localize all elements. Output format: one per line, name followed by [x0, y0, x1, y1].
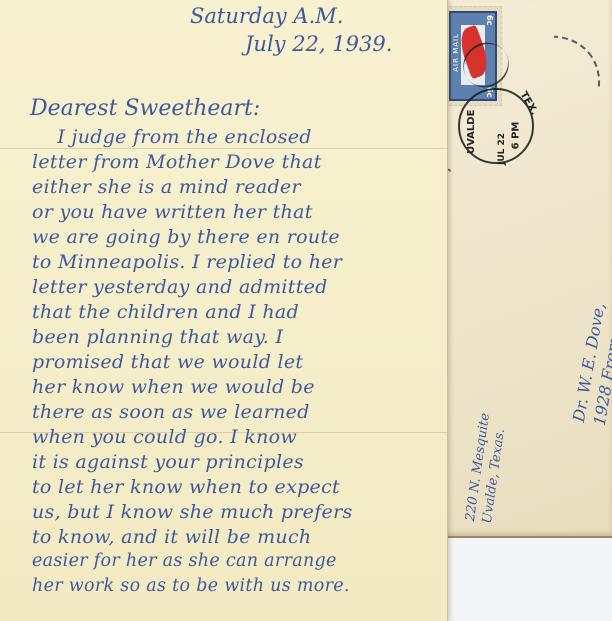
letter-line: easier for her as she can arrange — [32, 551, 337, 571]
letter-date: July 22, 1939. — [245, 32, 392, 56]
letter-line: either she is a mind reader — [32, 176, 301, 198]
letter-line: her know when we would be — [32, 376, 315, 398]
letter-line: to let her know when to expect — [32, 476, 340, 498]
envelope: AIR MAIL 6c 6c UVALDE JUL 22 6 PM TEX. — [430, 0, 612, 538]
postmark-city: UVALDE — [466, 110, 477, 154]
postmark-time: 6 PM — [510, 122, 521, 150]
stamp-value-top: 6c — [485, 15, 494, 25]
letter-line: letter yesterday and admitted — [32, 276, 328, 298]
letter-line: her work so as to be with us more. — [32, 576, 350, 596]
letter-line: to know, and it will be much — [32, 526, 311, 548]
postmark: UVALDE JUL 22 6 PM TEX. — [458, 88, 534, 164]
letter-line: that the children and I had — [32, 301, 299, 323]
letter-line: been planning that way. I — [32, 326, 283, 348]
letter-line: there as soon as we learned — [32, 401, 310, 423]
letter-line: I judge from the enclosed — [32, 126, 312, 148]
stamp-label: AIR MAIL — [452, 33, 460, 72]
letter-line: letter from Mother Dove that — [32, 151, 322, 173]
postmark-date: JUL 22 — [497, 133, 507, 165]
letter-day: Saturday A.M. — [190, 4, 343, 28]
letter-line: to Minneapolis. I replied to her — [32, 251, 342, 273]
letter-line: it is against your principles — [32, 451, 304, 473]
handwritten-letter: Saturday A.M. July 22, 1939. Dearest Swe… — [0, 0, 448, 621]
letter-line: we are going by there en route — [32, 226, 340, 248]
letter-line: or you have written her that — [32, 201, 313, 223]
letter-salutation: Dearest Sweetheart: — [30, 96, 260, 121]
letter-line: promised that we would let — [32, 351, 303, 373]
letter-line: when you could go. I know — [32, 426, 297, 448]
paper-fold-line — [0, 148, 447, 149]
letter-line: us, but I know she much prefers — [32, 501, 353, 523]
